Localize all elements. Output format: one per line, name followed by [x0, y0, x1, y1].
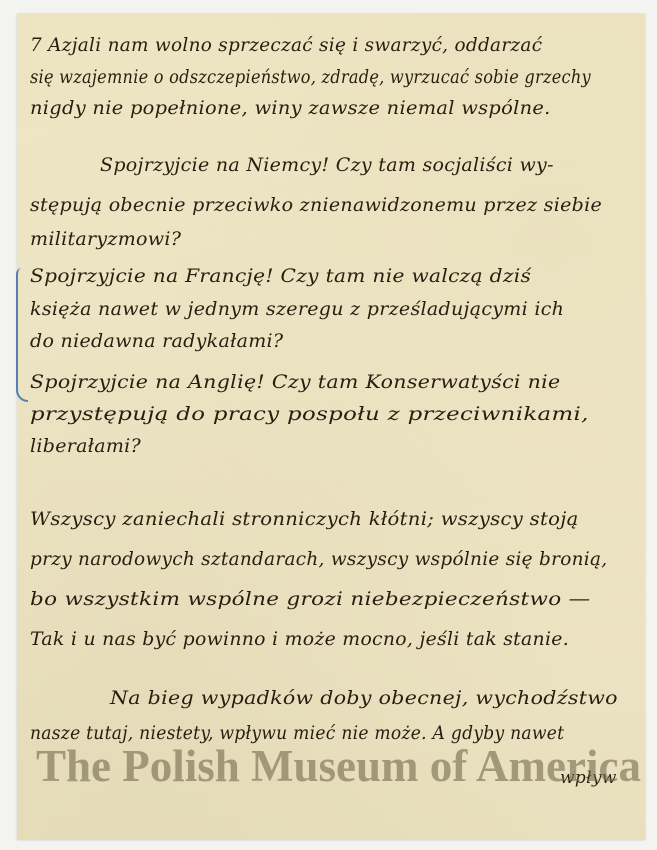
manuscript-line: Na bieg wypadków doby obecnej, wychodźst… [110, 687, 618, 709]
manuscript-line: liberałami? [30, 435, 141, 457]
manuscript-page [17, 14, 645, 840]
blue-margin-bracket [16, 268, 28, 402]
manuscript-line: Tak i u nas być powinno i może mocno, je… [30, 628, 569, 650]
manuscript-line: bo wszystkim wspólne grozi niebezpieczeń… [30, 588, 590, 610]
manuscript-line: militaryzmowi? [30, 228, 181, 250]
manuscript-line: Wszyscy zaniechali stronniczych kłótni; … [30, 508, 579, 530]
museum-watermark: The Polish Museum of America [36, 740, 641, 792]
manuscript-line: księża nawet w jednym szeregu z prześlad… [30, 298, 564, 320]
manuscript-line: przy narodowych sztandarach, wszyscy wsp… [30, 548, 607, 570]
manuscript-line: 7 Azjali nam wolno sprzeczać się i swarz… [30, 34, 612, 56]
manuscript-line: do niedawna radykałami? [30, 330, 283, 352]
manuscript-line: przystępują do pracy pospołu z przeciwni… [30, 403, 589, 425]
manuscript-line: Spojrzyjcie na Niemcy! Czy tam socjaliśc… [100, 154, 554, 176]
manuscript-line: stępują obecnie przeciwko znienawidzonem… [30, 194, 602, 216]
manuscript-line: nigdy nie popełnione, winy zawsze niemal… [30, 97, 551, 119]
manuscript-line: Spojrzyjcie na Anglię! Czy tam Konserwat… [30, 371, 561, 393]
manuscript-line: Spojrzyjcie na Francję! Czy tam nie walc… [30, 265, 531, 287]
manuscript-line: się wzajemnie o odszczepieństwo, zdradę,… [30, 66, 591, 88]
